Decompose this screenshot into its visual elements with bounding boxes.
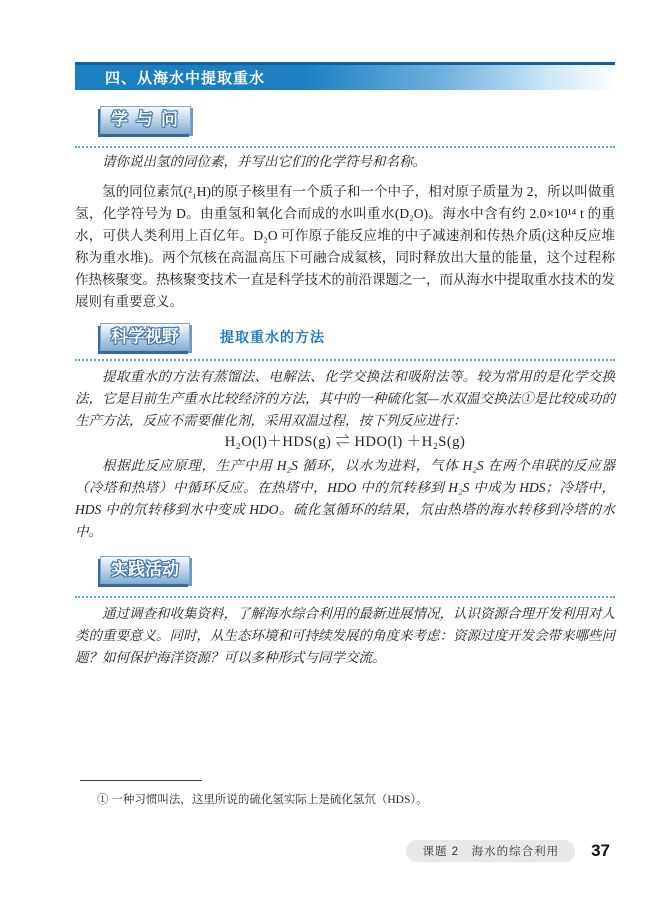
dotted-separator [75, 359, 615, 361]
dotted-separator [75, 146, 615, 148]
learn-ask-header: 学与问 [100, 106, 191, 134]
learn-ask-question: 请你说出氢的同位素，并写出它们的化学符号和名称。 [75, 151, 615, 173]
dotted-separator [75, 596, 615, 598]
learn-ask-badge: 学与问 [100, 106, 191, 134]
footnote-text: ① 一种习惯叫法，这里所说的硫化氢实际上是硫化氢氘（HDS）。 [97, 791, 602, 809]
practice-header: 实践活动 [100, 556, 190, 584]
science-vision-header: 科学视野 提取重水的方法 [100, 323, 325, 351]
page-footer: 课题 2 海水的综合利用 37 [406, 840, 610, 862]
footer-chapter-label: 课题 2 海水的综合利用 [406, 840, 575, 862]
science-vision-badge: 科学视野 [100, 323, 190, 351]
science-vision-title: 提取重水的方法 [220, 327, 325, 347]
science-vision-paragraph-2: 根据此反应原理，生产中用 H₂S 循环，以水为进料，气体 H₂S 在两个串联的反… [75, 455, 615, 543]
section-banner: 四、从海水中提取重水 [75, 62, 615, 90]
practice-paragraph: 通过调查和收集资料，了解海水综合利用的最新进展情况，认识资源合理开发利用对人类的… [75, 603, 615, 669]
practice-badge: 实践活动 [100, 556, 190, 584]
section-title: 四、从海水中提取重水 [75, 67, 265, 88]
intro-paragraph: 氢的同位素氘(²₁H)的原子核里有一个质子和一个中子，相对原子质量为 2，所以叫… [75, 181, 615, 313]
footnote-divider [80, 780, 202, 781]
page-number: 37 [591, 841, 610, 861]
chemical-equation: H₂O(l)＋HDS(g) ⇌ HDO(l) ＋H₂S(g) [75, 430, 615, 451]
textbook-page: 四、从海水中提取重水 学与问 请你说出氢的同位素，并写出它们的化学符号和名称。 … [0, 0, 650, 912]
science-vision-paragraph-1: 提取重水的方法有蒸馏法、电解法、化学交换法和吸附法等。较为常用的是化学交换法，它… [75, 366, 615, 432]
